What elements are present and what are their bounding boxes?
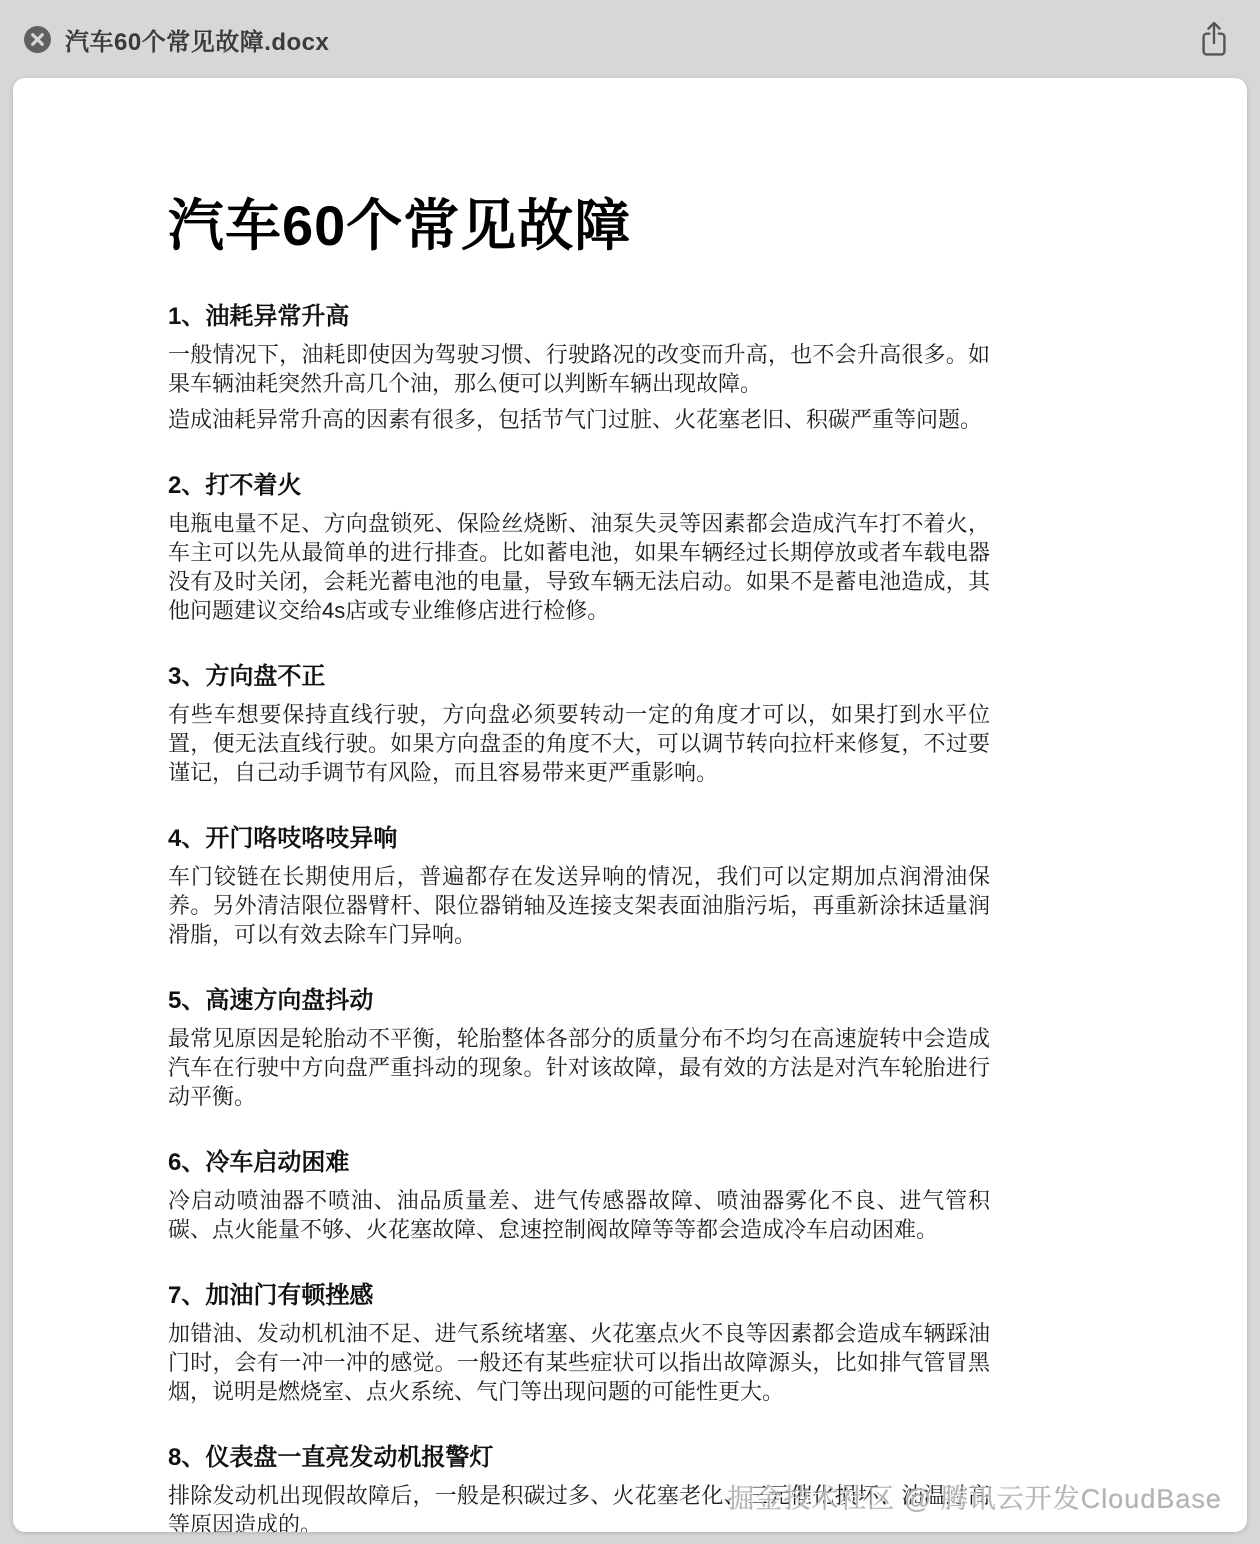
fault-paragraph: 最常见原因是轮胎动不平衡，轮胎整体各部分的质量分布不均匀在高速旋转中会造成汽车在…: [168, 1024, 990, 1111]
close-button[interactable]: [24, 26, 51, 53]
fault-paragraph: 有些车想要保持直线行驶，方向盘必须要转动一定的角度才可以，如果打到水平位置，便无…: [168, 700, 990, 787]
fault-paragraph: 造成油耗异常升高的因素有很多，包括节气门过脏、火花塞老旧、积碳严重等问题。: [168, 405, 990, 434]
fault-section: 5、高速方向盘抖动 最常见原因是轮胎动不平衡，轮胎整体各部分的质量分布不均匀在高…: [168, 988, 990, 1111]
file-title: 汽车60个常见故障.docx: [65, 22, 329, 57]
fault-section: 2、打不着火 电瓶电量不足、方向盘锁死、保险丝烧断、油泵失灵等因素都会造成汽车打…: [168, 473, 990, 625]
fault-paragraph: 车门铰链在长期使用后，普遍都存在发送异响的情况，我们可以定期加点润滑油保养。另外…: [168, 862, 990, 949]
share-button[interactable]: [1198, 19, 1230, 59]
fault-paragraph: 排除发动机出现假故障后，一般是积碳过多、火花塞老化、三元催化损坏、油温过高等原因…: [168, 1481, 990, 1532]
fault-heading: 8、仪表盘一直亮发动机报警灯: [168, 1445, 990, 1471]
fault-heading: 7、加油门有顿挫感: [168, 1283, 990, 1309]
fault-section: 3、方向盘不正 有些车想要保持直线行驶，方向盘必须要转动一定的角度才可以，如果打…: [168, 664, 990, 787]
fault-paragraph: 冷启动喷油器不喷油、油品质量差、进气传感器故障、喷油器雾化不良、进气管积碳、点火…: [168, 1186, 990, 1244]
titlebar: 汽车60个常见故障.docx: [0, 0, 1260, 78]
fault-paragraph: 加错油、发动机机油不足、进气系统堵塞、火花塞点火不良等因素都会造成车辆踩油门时，…: [168, 1319, 990, 1406]
sections-container: 1、油耗异常升高 一般情况下，油耗即使因为驾驶习惯、行驶路况的改变而升高，也不会…: [168, 304, 990, 1532]
fault-heading: 6、冷车启动困难: [168, 1150, 990, 1176]
fault-section: 1、油耗异常升高 一般情况下，油耗即使因为驾驶习惯、行驶路况的改变而升高，也不会…: [168, 304, 990, 434]
fault-paragraph: 一般情况下，油耗即使因为驾驶习惯、行驶路况的改变而升高，也不会升高很多。如果车辆…: [168, 340, 990, 398]
fault-paragraph: 电瓶电量不足、方向盘锁死、保险丝烧断、油泵失灵等因素都会造成汽车打不着火，车主可…: [168, 509, 990, 625]
fault-section: 4、开门咯吱咯吱异响 车门铰链在长期使用后，普遍都存在发送异响的情况，我们可以定…: [168, 826, 990, 949]
fault-heading: 5、高速方向盘抖动: [168, 988, 990, 1014]
fault-section: 8、仪表盘一直亮发动机报警灯 排除发动机出现假故障后，一般是积碳过多、火花塞老化…: [168, 1445, 990, 1532]
fault-section: 7、加油门有顿挫感 加错油、发动机机油不足、进气系统堵塞、火花塞点火不良等因素都…: [168, 1283, 990, 1406]
share-arrow-icon: [1198, 19, 1230, 59]
fault-heading: 2、打不着火: [168, 473, 990, 499]
document-title: 汽车60个常见故障: [168, 192, 990, 260]
document-page[interactable]: 汽车60个常见故障 1、油耗异常升高 一般情况下，油耗即使因为驾驶习惯、行驶路况…: [13, 78, 1247, 1532]
fault-section: 6、冷车启动困难 冷启动喷油器不喷油、油品质量差、进气传感器故障、喷油器雾化不良…: [168, 1150, 990, 1244]
circle-x-icon: [24, 26, 51, 53]
fault-heading: 4、开门咯吱咯吱异响: [168, 826, 990, 852]
document-body: 汽车60个常见故障 1、油耗异常升高 一般情况下，油耗即使因为驾驶习惯、行驶路况…: [13, 78, 1247, 1532]
fault-heading: 3、方向盘不正: [168, 664, 990, 690]
fault-heading: 1、油耗异常升高: [168, 304, 990, 330]
